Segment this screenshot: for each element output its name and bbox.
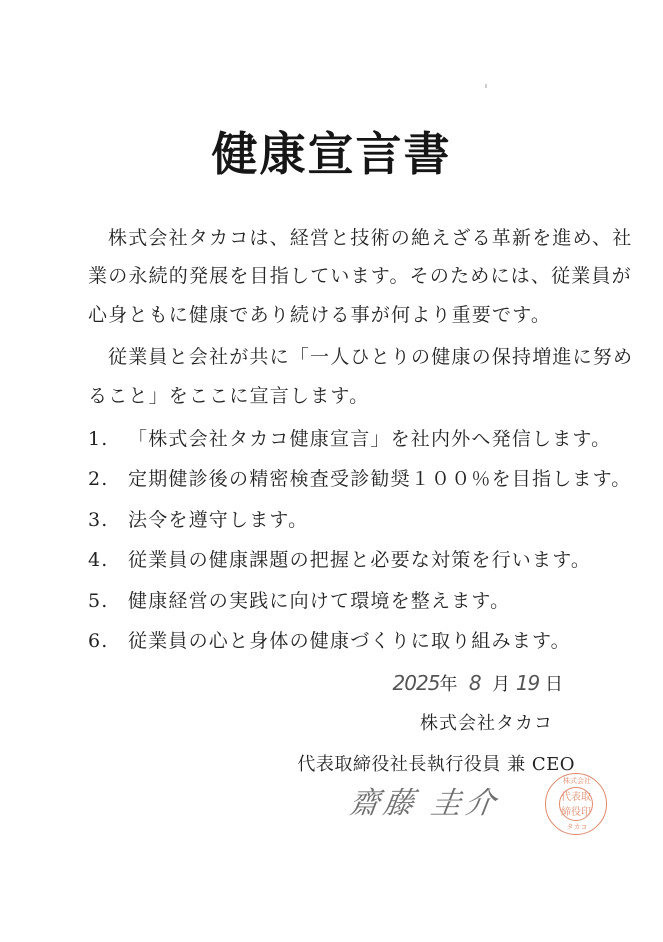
list-item-number: 4.: [88, 548, 128, 572]
company-name: 株式会社タカコ: [420, 709, 553, 735]
date-day-unit: 日: [545, 674, 563, 695]
list-item-text: 従業員の心と身体の健康づくりに取り組みます。: [128, 630, 571, 652]
date-month-unit: 月: [492, 674, 510, 695]
list-item: 2.定期健診後の精密検査受診勧奨１００％を目指します。: [88, 467, 631, 491]
date-day: 19: [516, 671, 539, 695]
seal-ring-bottom-text: タカコ: [546, 822, 608, 832]
declaration-date: 2025年 8 月 19 日: [393, 670, 563, 696]
document-title: 健康宣言書: [0, 126, 663, 182]
scan-speck: [485, 84, 487, 88]
list-item: 3.法令を遵守します。: [88, 508, 308, 532]
seal-inner-text: 代表取締役印: [559, 787, 593, 821]
signer-position: 代表取締役社長執行役員 兼 CEO: [297, 750, 575, 776]
handwritten-signature: 齋藤 圭介: [347, 778, 503, 822]
list-item-number: 6.: [88, 629, 128, 653]
declaration-line-2: ること」をここに宣言します。: [88, 384, 369, 408]
list-item-number: 1.: [88, 427, 128, 451]
list-item-number: 2.: [88, 467, 128, 491]
list-item-text: 法令を遵守します。: [128, 509, 308, 531]
date-year: 2025: [393, 671, 440, 695]
company-seal-stamp: 株式会社 代表取締役印 タカコ: [545, 773, 607, 835]
intro-line-1: 株式会社タカコは、経営と技術の絶えざる革新を進め、社: [108, 226, 632, 250]
date-year-unit: 年: [439, 674, 457, 695]
list-item: 5.健康経営の実践に向けて環境を整えます。: [88, 589, 510, 613]
list-item-number: 3.: [88, 508, 128, 532]
list-item-text: 定期健診後の精密検査受診勧奨１００％を目指します。: [128, 468, 631, 490]
document-page: 健康宣言書 株式会社タカコは、経営と技術の絶えざる革新を進め、社 業の永続的発展…: [0, 0, 663, 942]
list-item: 6.従業員の心と身体の健康づくりに取り組みます。: [88, 629, 571, 653]
list-item: 4.従業員の健康課題の把握と必要な対策を行います。: [88, 548, 591, 572]
list-item-text: 「株式会社タカコ健康宣言」を社内外へ発信します。: [128, 428, 611, 450]
list-item-text: 健康経営の実践に向けて環境を整えます。: [128, 590, 510, 612]
seal-ring-top-text: 株式会社: [546, 776, 608, 786]
declaration-line-1: 従業員と会社が共に「一人ひとりの健康の保持増進に努め: [108, 345, 633, 369]
list-item-number: 5.: [88, 589, 128, 613]
date-month: 8: [469, 671, 481, 695]
intro-line-2: 業の永続的発展を目指しています。そのためには、従業員が: [88, 264, 632, 288]
list-item-text: 従業員の健康課題の把握と必要な対策を行います。: [128, 549, 591, 571]
intro-line-3: 心身ともに健康であり続ける事が何より重要です。: [88, 303, 551, 327]
list-item: 1.「株式会社タカコ健康宣言」を社内外へ発信します。: [88, 427, 611, 451]
